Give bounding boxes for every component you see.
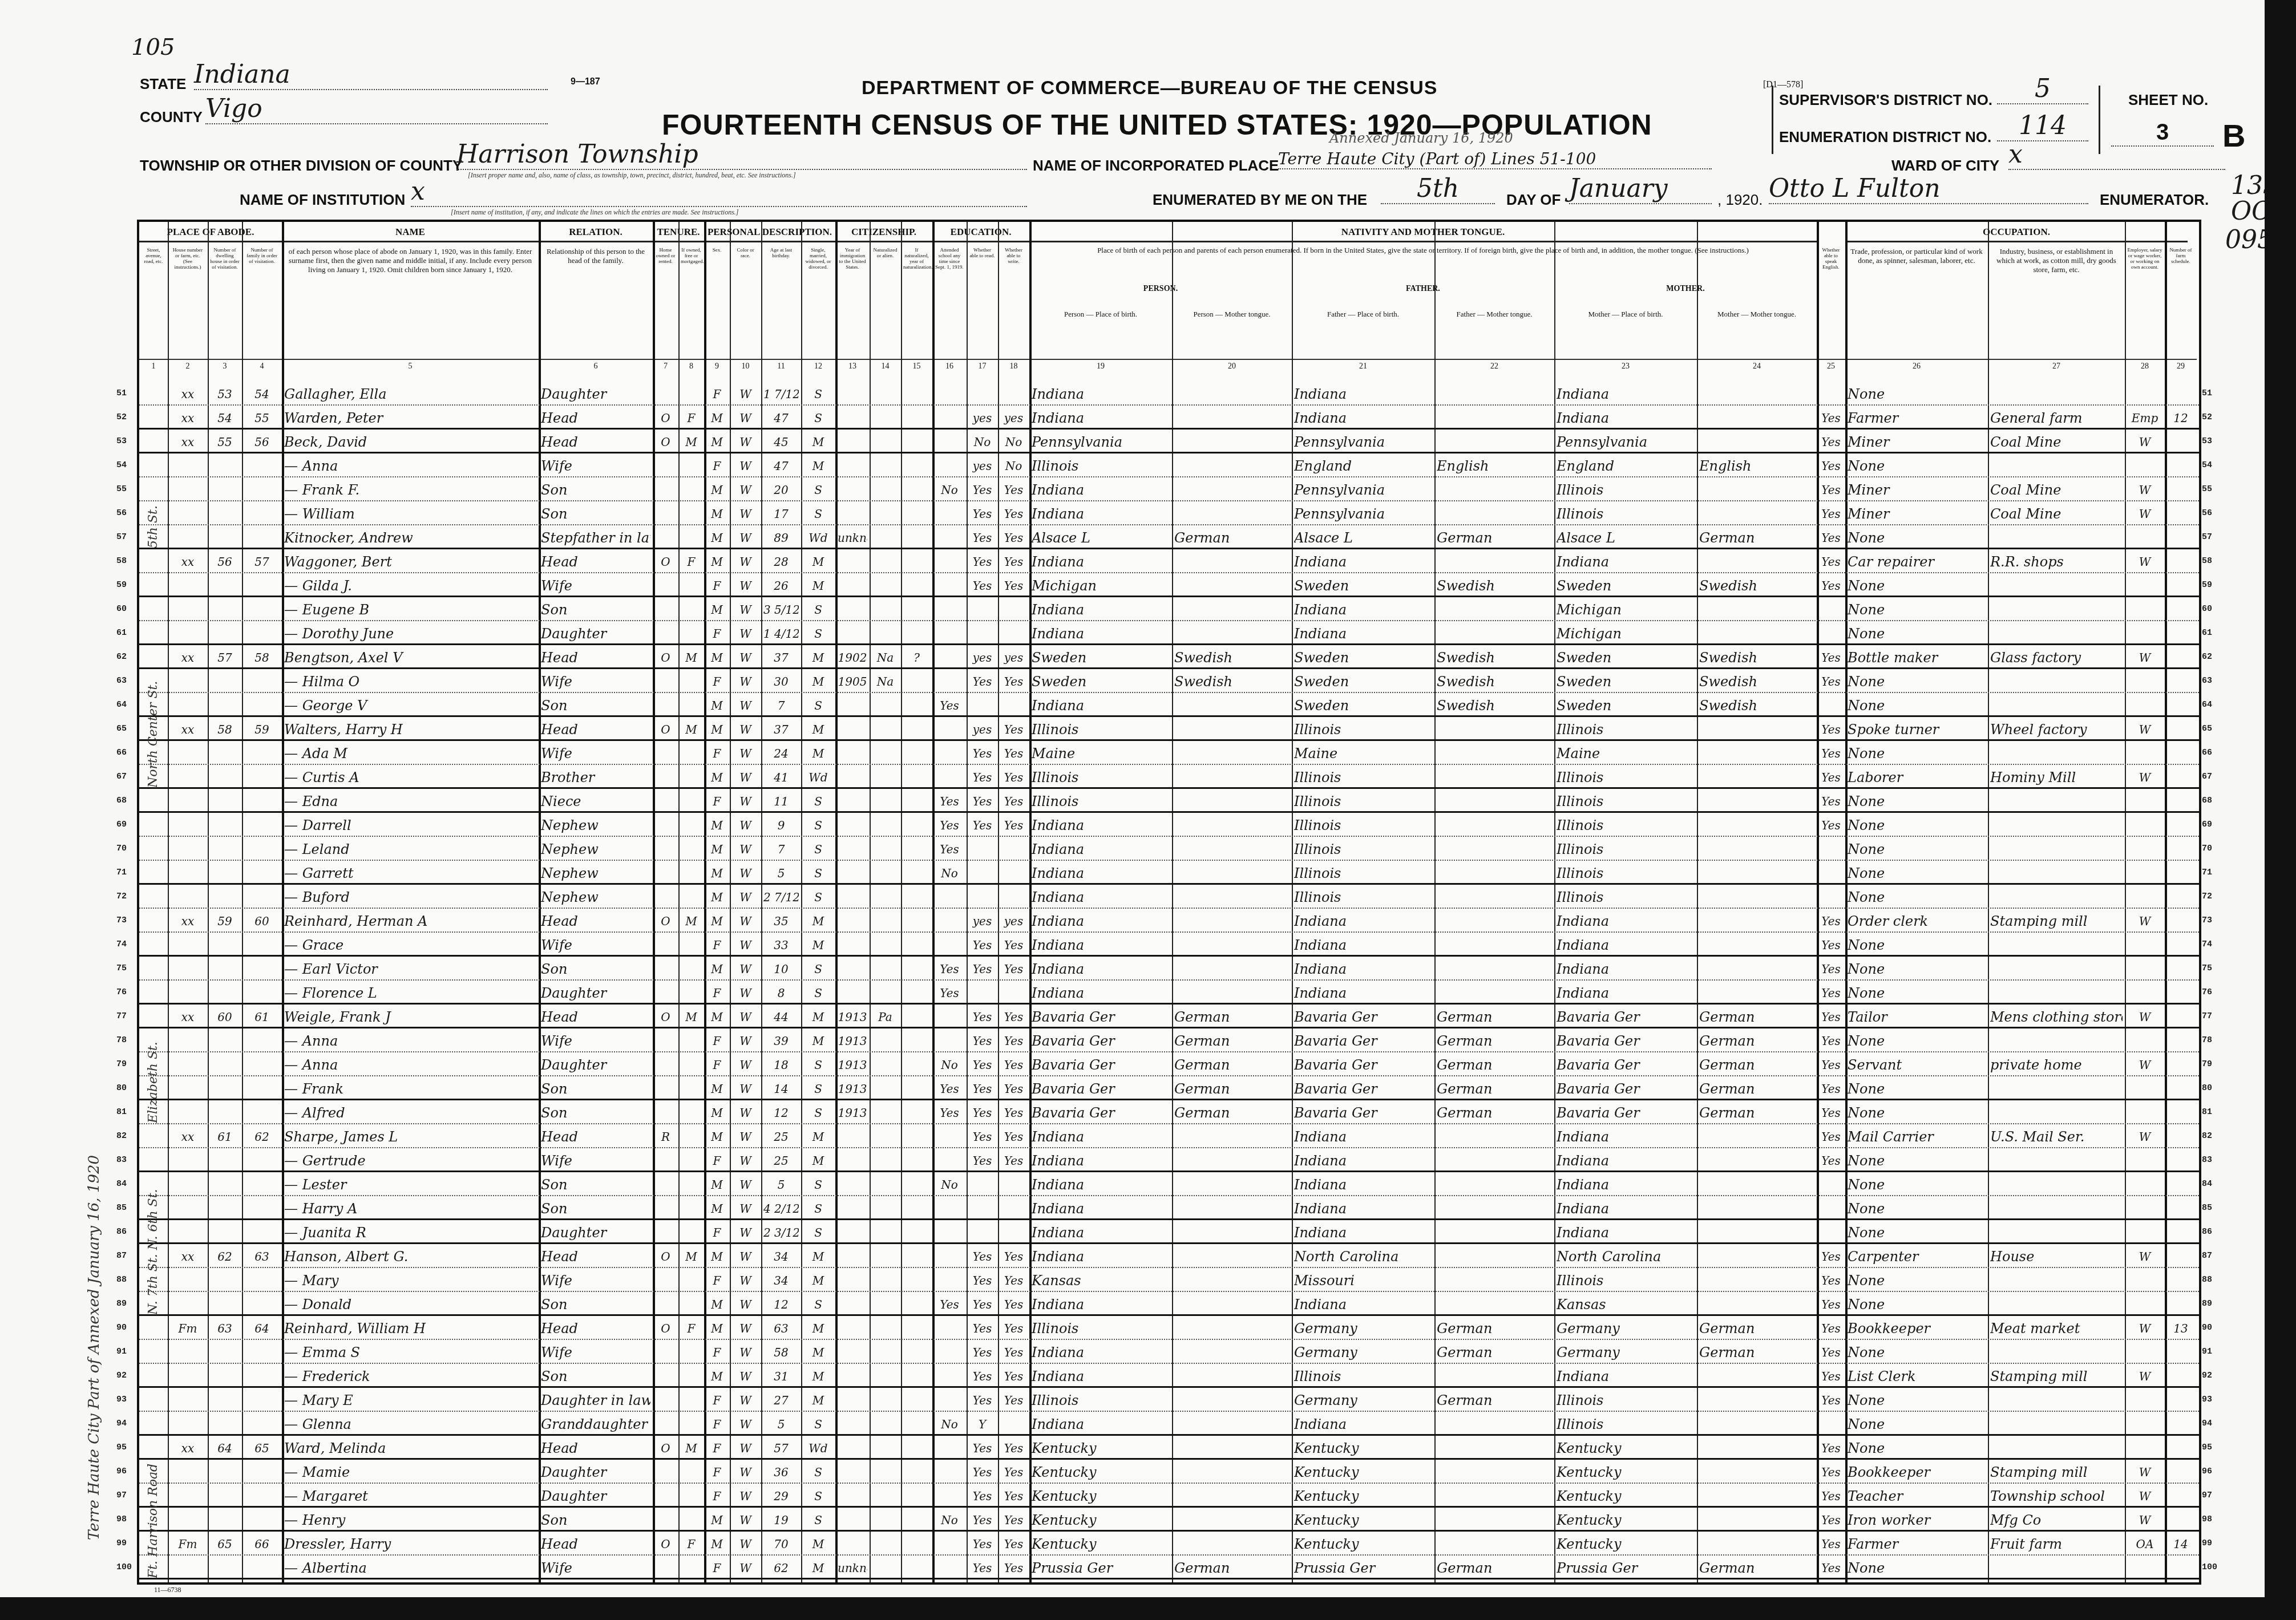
cell-mt bbox=[1174, 886, 1290, 908]
cell-write: Yes bbox=[1000, 574, 1027, 596]
cell-write: Yes bbox=[1000, 526, 1027, 548]
cell-own: O bbox=[655, 431, 676, 452]
cell-family bbox=[244, 455, 280, 476]
cell-own bbox=[655, 1413, 676, 1435]
cell-write: Yes bbox=[1000, 1293, 1027, 1315]
cell-name: Beck, David bbox=[284, 431, 536, 452]
ward-label: WARD OF CITY bbox=[1891, 157, 1999, 175]
table-row: — GlennaGranddaughterFW5SNoYIndianaIndia… bbox=[139, 1412, 2199, 1436]
cell-m_mt bbox=[1699, 982, 1814, 1003]
cell-class bbox=[2127, 1437, 2162, 1459]
cell-f_mt: Swedish bbox=[1437, 694, 1552, 716]
cell-immig bbox=[838, 1149, 867, 1171]
cell-class: W bbox=[2127, 766, 2162, 788]
column-header-3: Number of dwelling house in order of vis… bbox=[208, 245, 242, 359]
cell-dwelling bbox=[210, 1054, 240, 1075]
cell-family: 66 bbox=[244, 1533, 280, 1554]
cell-industry bbox=[1990, 934, 2123, 955]
department-title: DEPARTMENT OF COMMERCE—BUREAU OF THE CEN… bbox=[862, 77, 1438, 99]
cell-own: O bbox=[655, 646, 676, 668]
table-row: — Harry ASonMW4 2/12SIndianaIndianaIndia… bbox=[139, 1196, 2199, 1220]
cell-class: W bbox=[2127, 1365, 2162, 1387]
cell-race: W bbox=[732, 670, 759, 692]
cell-mort bbox=[681, 982, 702, 1003]
cell-pob: Michigan bbox=[1032, 574, 1170, 596]
cell-m_pob: Illinois bbox=[1557, 862, 1695, 884]
incorporated-annotation: Annexed January 16, 1920 bbox=[1329, 130, 1513, 146]
cell-mt bbox=[1174, 766, 1290, 788]
cell-race: W bbox=[732, 958, 759, 979]
cell-read: Yes bbox=[969, 1078, 996, 1099]
cell-marital: M bbox=[803, 718, 833, 740]
cell-school bbox=[935, 1197, 964, 1219]
cell-race: W bbox=[732, 431, 759, 452]
cell-farm bbox=[2167, 622, 2194, 644]
cell-f_mt bbox=[1437, 1245, 1552, 1267]
cell-occupation: None bbox=[1848, 1101, 1986, 1123]
cell-industry: Mfg Co bbox=[1990, 1509, 2123, 1530]
cell-nat: Pa bbox=[872, 1006, 899, 1027]
cell-name: Sharpe, James L bbox=[284, 1125, 536, 1147]
cell-house bbox=[170, 1221, 205, 1243]
cell-farm bbox=[2167, 1365, 2194, 1387]
group-relation: RELATION. bbox=[539, 222, 653, 242]
cell-street bbox=[142, 622, 165, 644]
table-row: — LesterSonMW5SNoIndianaIndianaIndianaNo… bbox=[139, 1172, 2199, 1196]
cell-own bbox=[655, 790, 676, 812]
column-number-9: 9 bbox=[704, 359, 730, 375]
cell-pob: Indiana bbox=[1032, 407, 1170, 428]
cell-sex: F bbox=[706, 670, 727, 692]
cell-write: Yes bbox=[1000, 742, 1027, 764]
cell-farm bbox=[2167, 1269, 2194, 1291]
cell-write: Yes bbox=[1000, 1149, 1027, 1171]
cell-relation: Head bbox=[541, 1437, 650, 1459]
cell-industry: Coal Mine bbox=[1990, 479, 2123, 500]
cell-occupation: None bbox=[1848, 598, 1986, 620]
cell-family: 62 bbox=[244, 1125, 280, 1147]
cell-mort bbox=[681, 1054, 702, 1075]
cell-immig bbox=[838, 1509, 867, 1530]
cell-relation: Head bbox=[541, 1317, 650, 1339]
cell-dwelling bbox=[210, 982, 240, 1003]
cell-marital: S bbox=[803, 1101, 833, 1123]
cell-dwelling: 59 bbox=[210, 910, 240, 931]
line-number: 79 bbox=[116, 1059, 127, 1069]
cell-mort bbox=[681, 1389, 702, 1411]
cell-read: Yes bbox=[969, 1341, 996, 1363]
cell-mort bbox=[681, 838, 702, 860]
cell-family bbox=[244, 766, 280, 788]
line-number: 51 bbox=[2202, 388, 2212, 398]
cell-m_pob: Indiana bbox=[1557, 1149, 1695, 1171]
cell-f_mt bbox=[1437, 1437, 1552, 1459]
cell-age: 2 3/12 bbox=[763, 1221, 799, 1243]
cell-immig bbox=[838, 1197, 867, 1219]
cell-nat bbox=[872, 982, 899, 1003]
cell-name: — Alfred bbox=[284, 1101, 536, 1123]
cell-dwelling bbox=[210, 1341, 240, 1363]
cell-name: — Harry A bbox=[284, 1197, 536, 1219]
line-number: 84 bbox=[116, 1179, 127, 1189]
cell-dwelling bbox=[210, 574, 240, 596]
cell-f_mt bbox=[1437, 1221, 1552, 1243]
cell-m_mt bbox=[1699, 718, 1814, 740]
cell-own: O bbox=[655, 550, 676, 572]
table-row: Kitnocker, AndrewStepfather in lawMW89Wd… bbox=[139, 525, 2199, 549]
line-number: 95 bbox=[2202, 1443, 2212, 1452]
cell-own bbox=[655, 1173, 676, 1195]
cell-farm: 14 bbox=[2167, 1533, 2194, 1554]
cell-own bbox=[655, 455, 676, 476]
cell-m_pob: Indiana bbox=[1557, 383, 1695, 404]
cell-nat bbox=[872, 503, 899, 524]
cell-pob: Indiana bbox=[1032, 1125, 1170, 1147]
cell-write: Yes bbox=[1000, 1245, 1027, 1267]
cell-school bbox=[935, 766, 964, 788]
cell-m_mt: German bbox=[1699, 1006, 1814, 1027]
cell-own bbox=[655, 1149, 676, 1171]
cell-write: Yes bbox=[1000, 1006, 1027, 1027]
cell-immig bbox=[838, 790, 867, 812]
cell-pob: Indiana bbox=[1032, 1245, 1170, 1267]
cell-family bbox=[244, 622, 280, 644]
line-number: 70 bbox=[116, 844, 127, 853]
cell-f_mt bbox=[1437, 886, 1552, 908]
cell-mt bbox=[1174, 1317, 1290, 1339]
cell-industry bbox=[1990, 670, 2123, 692]
enumerated-day: 5th bbox=[1381, 174, 1495, 204]
cell-f_mt bbox=[1437, 1149, 1552, 1171]
cell-age: 70 bbox=[763, 1533, 799, 1554]
cell-industry: Stamping mill bbox=[1990, 1461, 2123, 1483]
cell-class: W bbox=[2127, 1509, 2162, 1530]
table-row: — Florence LDaughterFW8SYesIndianaIndian… bbox=[139, 981, 2199, 1005]
cell-school: Yes bbox=[935, 958, 964, 979]
cell-sex: M bbox=[706, 814, 727, 836]
cell-occupation: None bbox=[1848, 1557, 1986, 1578]
cell-age: 41 bbox=[763, 766, 799, 788]
cell-dwelling bbox=[210, 622, 240, 644]
cell-own bbox=[655, 1054, 676, 1075]
cell-relation: Son bbox=[541, 1078, 650, 1099]
cell-name: — Anna bbox=[284, 455, 536, 476]
line-number: 92 bbox=[116, 1371, 127, 1380]
cell-house bbox=[170, 526, 205, 548]
line-number: 52 bbox=[2202, 412, 2212, 422]
cell-marital: M bbox=[803, 1269, 833, 1291]
cell-age: 37 bbox=[763, 718, 799, 740]
cell-relation: Nephew bbox=[541, 862, 650, 884]
cell-mort bbox=[681, 814, 702, 836]
table-row: — AnnaWifeFW47MyesNoIllinoisEnglandEngli… bbox=[139, 453, 2199, 477]
cell-natyr bbox=[903, 1317, 930, 1339]
cell-own bbox=[655, 982, 676, 1003]
cell-english bbox=[1819, 383, 1843, 404]
cell-natyr bbox=[903, 1485, 930, 1506]
cell-immig: unknown bbox=[838, 1557, 867, 1578]
cell-street bbox=[142, 479, 165, 500]
cell-immig bbox=[838, 1125, 867, 1147]
cell-m_mt bbox=[1699, 1533, 1814, 1554]
cell-farm bbox=[2167, 1485, 2194, 1506]
cell-m_mt bbox=[1699, 958, 1814, 979]
cell-house bbox=[170, 1461, 205, 1483]
cell-street bbox=[142, 1365, 165, 1387]
cell-race: W bbox=[732, 1269, 759, 1291]
cell-read bbox=[969, 1173, 996, 1195]
cell-f_mt bbox=[1437, 622, 1552, 644]
cell-immig bbox=[838, 574, 867, 596]
cell-occupation: None bbox=[1848, 574, 1986, 596]
cell-f_mt: English bbox=[1437, 455, 1552, 476]
cell-industry bbox=[1990, 1173, 2123, 1195]
cell-house bbox=[170, 1149, 205, 1171]
cell-m_pob: Kansas bbox=[1557, 1293, 1695, 1315]
cell-mort bbox=[681, 1341, 702, 1363]
cell-m_pob: Germany bbox=[1557, 1341, 1695, 1363]
cell-age: 18 bbox=[763, 1054, 799, 1075]
institution-note: [Insert name of institution, if any, and… bbox=[451, 208, 739, 217]
column-header-13: Year of immigration to the United States… bbox=[835, 245, 870, 359]
cell-farm bbox=[2167, 1557, 2194, 1578]
street-note: Elizabeth St. bbox=[146, 1042, 160, 1123]
column-number-16: 16 bbox=[932, 359, 967, 375]
cell-read bbox=[969, 982, 996, 1003]
column-number-5: 5 bbox=[282, 359, 539, 375]
cell-relation: Wife bbox=[541, 670, 650, 692]
cell-immig: 1902 bbox=[838, 646, 867, 668]
cell-street bbox=[142, 1006, 165, 1027]
cell-nat bbox=[872, 1317, 899, 1339]
cell-pob: Illinois bbox=[1032, 455, 1170, 476]
cell-industry bbox=[1990, 1389, 2123, 1411]
line-number: 72 bbox=[116, 892, 127, 901]
line-number: 80 bbox=[2202, 1083, 2212, 1093]
cell-read: yes bbox=[969, 646, 996, 668]
cell-write: Yes bbox=[1000, 1030, 1027, 1051]
cell-m_pob: Alsace L bbox=[1557, 526, 1695, 548]
cell-race: W bbox=[732, 1437, 759, 1459]
cell-race: W bbox=[732, 766, 759, 788]
cell-f_mt bbox=[1437, 479, 1552, 500]
enumeration-label: ENUMERATION DISTRICT NO. bbox=[1779, 128, 1991, 146]
cell-street bbox=[142, 982, 165, 1003]
cell-f_pob: Sweden bbox=[1294, 646, 1432, 668]
cell-relation: Stepfather in law bbox=[541, 526, 650, 548]
cell-farm bbox=[2167, 982, 2194, 1003]
line-number: 53 bbox=[2202, 436, 2212, 446]
cell-sex: F bbox=[706, 1413, 727, 1435]
cell-m_pob: Michigan bbox=[1557, 598, 1695, 620]
cell-race: W bbox=[732, 526, 759, 548]
cell-nat bbox=[872, 1461, 899, 1483]
column-number-1: 1 bbox=[139, 359, 168, 375]
cell-mort bbox=[681, 479, 702, 500]
cell-own bbox=[655, 1485, 676, 1506]
cell-mort: M bbox=[681, 1245, 702, 1267]
cell-mt bbox=[1174, 1389, 1290, 1411]
cell-dwelling bbox=[210, 838, 240, 860]
cell-sex: F bbox=[706, 383, 727, 404]
cell-house bbox=[170, 1389, 205, 1411]
cell-family: 63 bbox=[244, 1245, 280, 1267]
cell-immig bbox=[838, 383, 867, 404]
cell-own: O bbox=[655, 1006, 676, 1027]
cell-natyr bbox=[903, 1221, 930, 1243]
cell-farm bbox=[2167, 1173, 2194, 1195]
cell-age: 9 bbox=[763, 814, 799, 836]
cell-industry bbox=[1990, 455, 2123, 476]
cell-occupation: Servant bbox=[1848, 1054, 1986, 1075]
cell-immig bbox=[838, 886, 867, 908]
line-number: 94 bbox=[116, 1419, 127, 1428]
cell-dwelling: 54 bbox=[210, 407, 240, 428]
cell-mort bbox=[681, 1485, 702, 1506]
cell-read bbox=[969, 838, 996, 860]
table-row: — AnnaDaughterFW18S1913NoYesYesBavaria G… bbox=[139, 1052, 2199, 1076]
cell-family: 64 bbox=[244, 1317, 280, 1339]
cell-dwelling bbox=[210, 1197, 240, 1219]
cell-race: W bbox=[732, 503, 759, 524]
cell-age: 24 bbox=[763, 742, 799, 764]
cell-mt: German bbox=[1174, 1030, 1290, 1051]
cell-natyr bbox=[903, 1269, 930, 1291]
cell-house: xx bbox=[170, 383, 205, 404]
cell-dwelling bbox=[210, 766, 240, 788]
cell-m_pob: Germany bbox=[1557, 1317, 1695, 1339]
cell-read: Yes bbox=[969, 742, 996, 764]
cell-family bbox=[244, 1149, 280, 1171]
cell-nat bbox=[872, 1078, 899, 1099]
cell-m_pob: Bavaria Ger bbox=[1557, 1101, 1695, 1123]
cell-family bbox=[244, 670, 280, 692]
cell-occupation: None bbox=[1848, 1341, 1986, 1363]
column-number-10: 10 bbox=[730, 359, 761, 375]
cell-natyr bbox=[903, 1557, 930, 1578]
cell-farm bbox=[2167, 646, 2194, 668]
cell-f_pob: Indiana bbox=[1294, 1149, 1432, 1171]
cell-farm bbox=[2167, 1149, 2194, 1171]
cell-class: W bbox=[2127, 1317, 2162, 1339]
cell-dwelling bbox=[210, 670, 240, 692]
cell-farm bbox=[2167, 479, 2194, 500]
cell-mort bbox=[681, 934, 702, 955]
cell-name: Reinhard, Herman A bbox=[284, 910, 536, 931]
line-number: 60 bbox=[2202, 604, 2212, 614]
cell-f_pob: Pennsylvania bbox=[1294, 431, 1432, 452]
cell-house bbox=[170, 1557, 205, 1578]
cell-mort: M bbox=[681, 431, 702, 452]
cell-race: W bbox=[732, 1413, 759, 1435]
cell-race: W bbox=[732, 1078, 759, 1099]
cell-school: Yes bbox=[935, 1078, 964, 1099]
cell-m_pob: Sweden bbox=[1557, 694, 1695, 716]
table-row: — Ada MWifeFW24MYesYesMaineMaineMaineYes… bbox=[139, 741, 2199, 765]
cell-street bbox=[142, 886, 165, 908]
cell-name: — Earl Victor bbox=[284, 958, 536, 979]
cell-english: Yes bbox=[1819, 1317, 1843, 1339]
cell-english: Yes bbox=[1819, 1245, 1843, 1267]
cell-house bbox=[170, 958, 205, 979]
cell-dwelling: 63 bbox=[210, 1317, 240, 1339]
cell-natyr bbox=[903, 1149, 930, 1171]
cell-sex: F bbox=[706, 1269, 727, 1291]
cell-dwelling bbox=[210, 479, 240, 500]
cell-street bbox=[142, 1389, 165, 1411]
cell-house bbox=[170, 670, 205, 692]
column-header-8: If owned, free or mortgaged. bbox=[678, 245, 704, 359]
cell-pob: Bavaria Ger bbox=[1032, 1006, 1170, 1027]
cell-industry: Hominy Mill bbox=[1990, 766, 2123, 788]
table-row: — Hilma OWifeFW30M1905NaYesYesSwedenSwed… bbox=[139, 669, 2199, 693]
cell-natyr bbox=[903, 1293, 930, 1315]
cell-m_mt bbox=[1699, 1197, 1814, 1219]
cell-read: yes bbox=[969, 407, 996, 428]
cell-occupation: None bbox=[1848, 694, 1986, 716]
cell-mort bbox=[681, 1557, 702, 1578]
cell-pob: Kansas bbox=[1032, 1269, 1170, 1291]
cell-house bbox=[170, 1197, 205, 1219]
cell-farm bbox=[2167, 1509, 2194, 1530]
cell-f_pob: Germany bbox=[1294, 1341, 1432, 1363]
column-number-11: 11 bbox=[761, 359, 801, 375]
cell-m_pob: Indiana bbox=[1557, 958, 1695, 979]
cell-write bbox=[1000, 1173, 1027, 1195]
cell-write: Yes bbox=[1000, 1389, 1027, 1411]
cell-farm bbox=[2167, 838, 2194, 860]
column-number-27: 27 bbox=[1988, 359, 2125, 375]
cell-school: Yes bbox=[935, 838, 964, 860]
cell-english: Yes bbox=[1819, 1054, 1843, 1075]
line-number: 59 bbox=[2202, 580, 2212, 590]
cell-name: — Emma S bbox=[284, 1341, 536, 1363]
cell-street bbox=[142, 407, 165, 428]
line-number: 82 bbox=[116, 1131, 127, 1141]
cell-race: W bbox=[732, 1293, 759, 1315]
cell-name: Ward, Melinda bbox=[284, 1437, 536, 1459]
table-row: — WilliamSonMW17SYesYesIndianaPennsylvan… bbox=[139, 501, 2199, 525]
line-number: 56 bbox=[2202, 508, 2212, 518]
cell-race: W bbox=[732, 1054, 759, 1075]
cell-name: Walters, Harry H bbox=[284, 718, 536, 740]
line-number: 55 bbox=[2202, 484, 2212, 494]
cell-m_mt bbox=[1699, 1509, 1814, 1530]
cell-school bbox=[935, 1533, 964, 1554]
cell-m_mt bbox=[1699, 1437, 1814, 1459]
cell-pob: Illinois bbox=[1032, 790, 1170, 812]
cell-relation: Wife bbox=[541, 1557, 650, 1578]
cell-house: xx bbox=[170, 1006, 205, 1027]
cell-age: 27 bbox=[763, 1389, 799, 1411]
line-number: 91 bbox=[116, 1347, 127, 1356]
cell-dwelling: 64 bbox=[210, 1437, 240, 1459]
group-personal: PERSONAL DESCRIPTION. bbox=[704, 222, 835, 242]
cell-pob: Indiana bbox=[1032, 910, 1170, 931]
cell-m_pob: Indiana bbox=[1557, 910, 1695, 931]
cell-name: — William bbox=[284, 503, 536, 524]
cell-family bbox=[244, 1341, 280, 1363]
column-number-25: 25 bbox=[1817, 359, 1845, 375]
cell-marital: S bbox=[803, 838, 833, 860]
cell-english: Yes bbox=[1819, 407, 1843, 428]
cell-f_pob: Pennsylvania bbox=[1294, 479, 1432, 500]
cell-relation: Niece bbox=[541, 790, 650, 812]
line-number: 83 bbox=[116, 1155, 127, 1165]
cell-relation: Wife bbox=[541, 455, 650, 476]
cell-mort bbox=[681, 886, 702, 908]
cell-name: — Henry bbox=[284, 1509, 536, 1530]
